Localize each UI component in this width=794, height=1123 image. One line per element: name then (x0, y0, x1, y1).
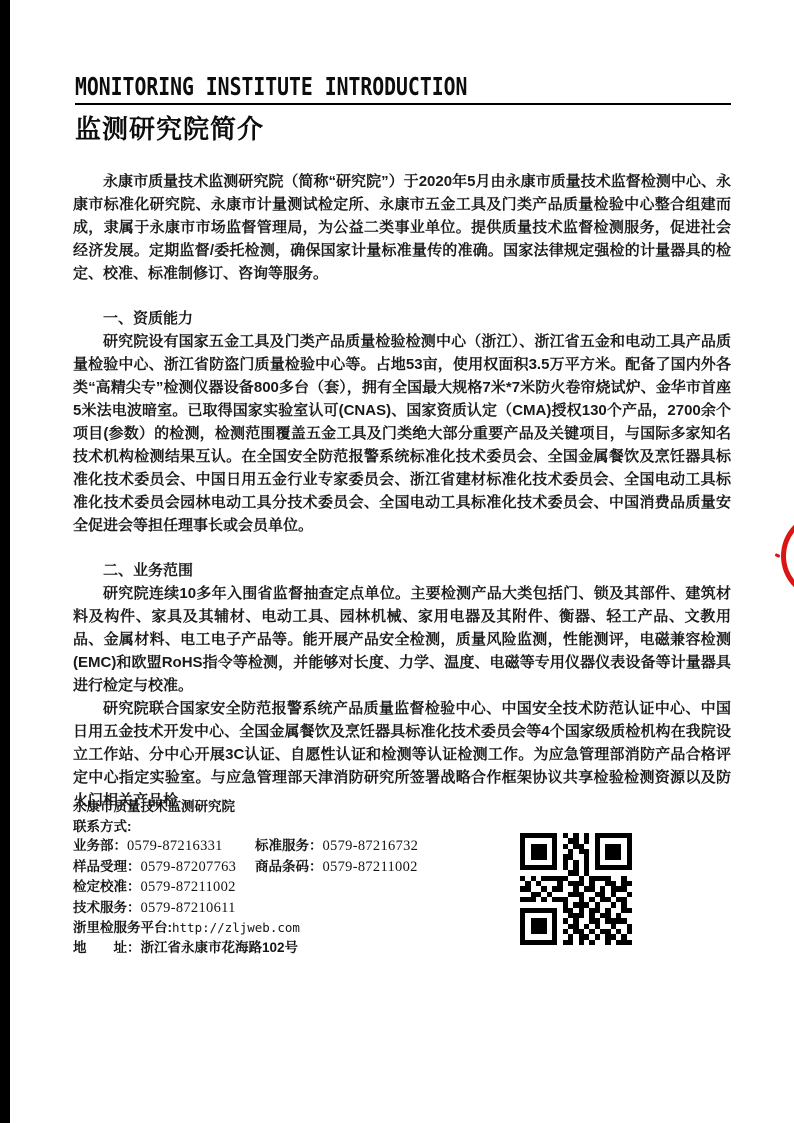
section-1-paragraph: 研究院设有国家五金工具及门类产品质量检验检测中心（浙江）、浙江省五金和电动工具产… (73, 330, 731, 537)
left-edge-bar (0, 0, 10, 1123)
phone-number: 0579-87207763 (141, 859, 237, 875)
contact-label: 业务部： (73, 838, 127, 853)
section-heading-1: 一、资质能力 (73, 307, 731, 330)
contact-label: 标准服务： (255, 838, 323, 853)
section-heading-2: 二、业务范围 (73, 559, 731, 582)
page-header: MONITORING INSTITUTE INTRODUCTION 监测研究院简… (75, 72, 731, 146)
platform-url: http://zljweb.com (172, 920, 300, 935)
contact-label: 检定校准： (73, 879, 141, 894)
document-page: MONITORING INSTITUTE INTRODUCTION 监测研究院简… (0, 0, 794, 1123)
contact-pair: 样品受理：0579-87207763 (73, 857, 255, 878)
section-2-paragraph-1: 研究院连续10多年入围省监督抽查定点单位。主要检测产品大类包括门、锁及其部件、建… (73, 582, 731, 697)
contact-label: 样品受理： (73, 859, 141, 874)
address-value: 浙江省永康市花海路102号 (141, 940, 299, 955)
qr-code-image (520, 833, 632, 945)
contact-row: 样品受理：0579-87207763商品条码：0579-87211002 (73, 857, 513, 878)
section-2-paragraph-2: 研究院联合国家安全防范报警系统产品质量监督检验中心、中国安全技术防范认证中心、中… (73, 697, 731, 812)
contact-label: 技术服务： (73, 900, 141, 915)
org-name: 永康市质量技术监测研究院 (73, 797, 513, 817)
contact-pair: 标准服务：0579-87216732 (255, 838, 418, 853)
contact-heading: 联系方式: (73, 817, 513, 837)
page-title: 监测研究院简介 (75, 109, 731, 146)
document-body: 永康市质量技术监测研究院（简称“研究院”）于2020年5月由永康市质量技术监督检… (73, 170, 731, 812)
phone-number: 0579-87211002 (323, 859, 418, 875)
red-stamp-arc (781, 512, 794, 600)
contact-footer: 永康市质量技术监测研究院 联系方式: 业务部：0579-87216331标准服务… (73, 797, 513, 957)
phone-number: 0579-87210611 (141, 900, 236, 916)
title-english: MONITORING INSTITUTE INTRODUCTION (75, 72, 467, 101)
contact-label: 商品条码： (255, 859, 323, 874)
red-stamp-dot (775, 553, 781, 558)
phone-number: 0579-87216331 (127, 838, 223, 854)
platform-row: 浙里检服务平台:http://zljweb.com (73, 918, 513, 938)
title-rule (75, 103, 731, 105)
intro-paragraph: 永康市质量技术监测研究院（简称“研究院”）于2020年5月由永康市质量技术监督检… (73, 170, 731, 285)
contact-pair: 商品条码：0579-87211002 (255, 859, 418, 874)
contact-row: 检定校准：0579-87211002 (73, 877, 513, 898)
contact-pair: 业务部：0579-87216331 (73, 836, 255, 857)
platform-label: 浙里检服务平台: (73, 920, 172, 935)
address-label: 地 址： (73, 940, 141, 955)
phone-number: 0579-87216732 (323, 838, 419, 854)
phone-number: 0579-87211002 (141, 879, 236, 895)
address-row: 地 址：浙江省永康市花海路102号 (73, 938, 513, 958)
contact-row: 业务部：0579-87216331标准服务：0579-87216732 (73, 836, 513, 857)
contact-row: 技术服务：0579-87210611 (73, 898, 513, 919)
